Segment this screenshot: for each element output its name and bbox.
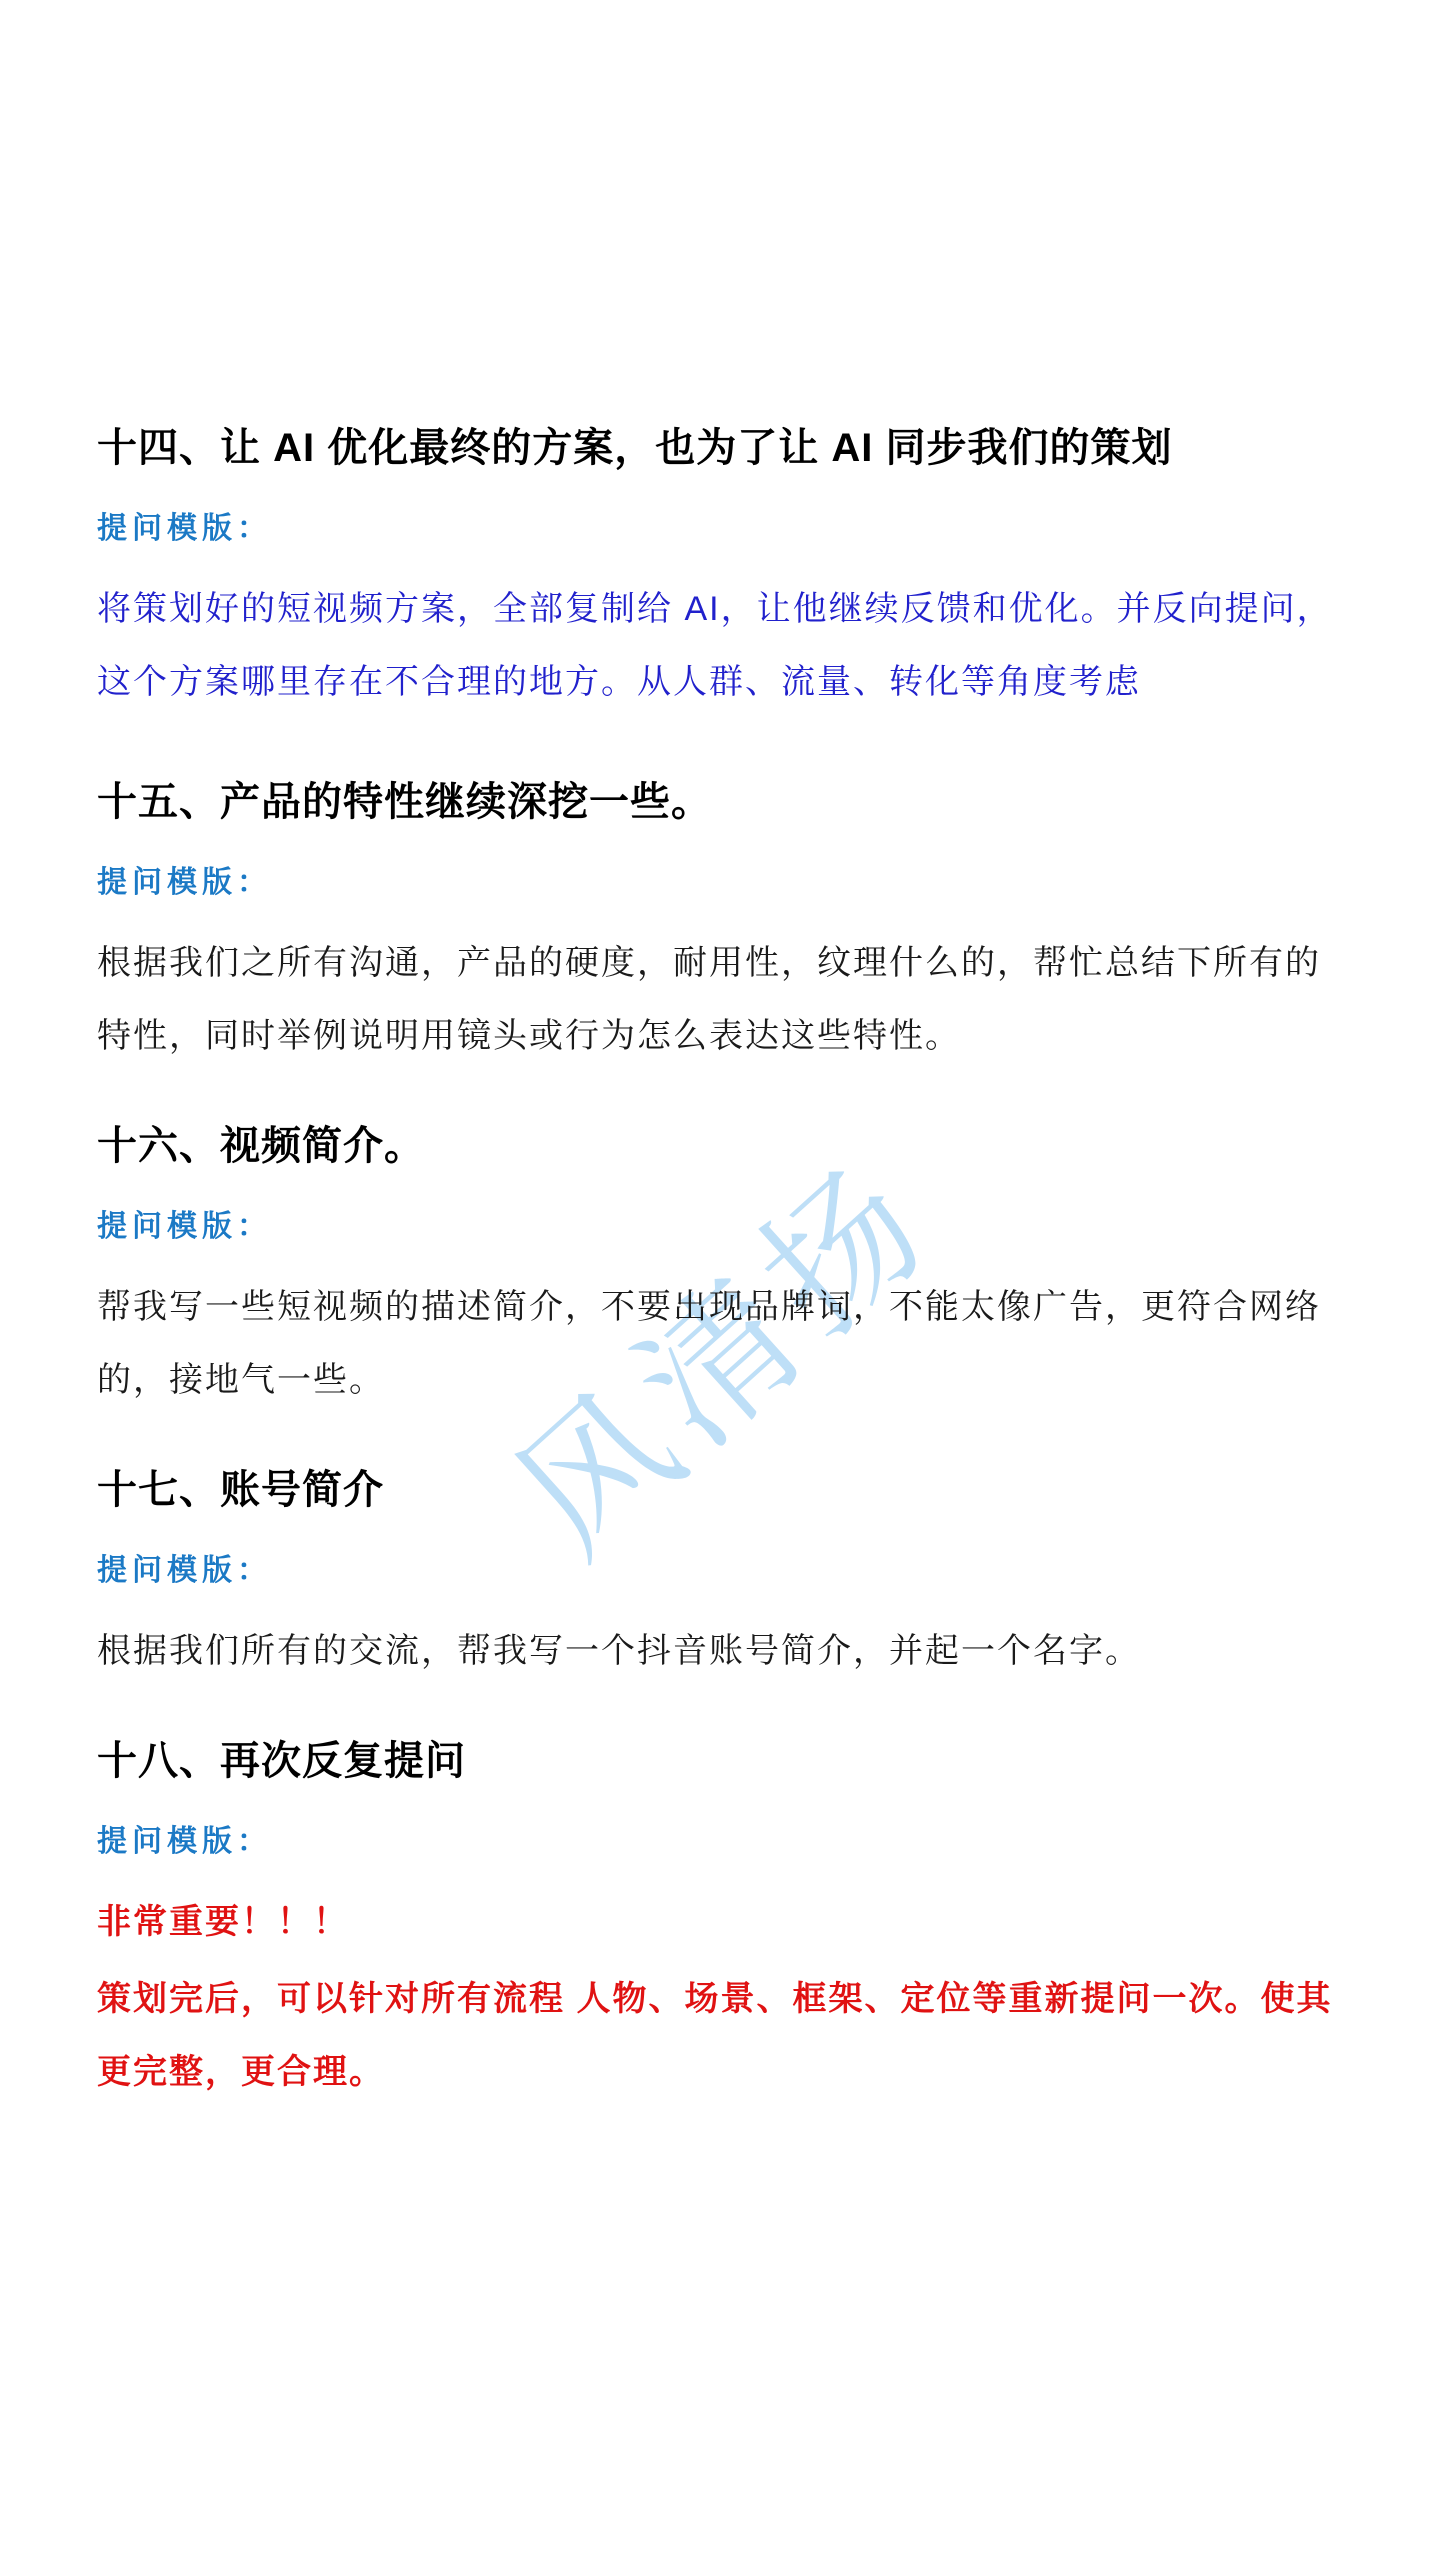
prompt-template-label-18: 提问模版： xyxy=(97,1822,1345,1862)
section-body-18: 策划完后，可以针对所有流程 人物、场景、框架、定位等重新提问一次。使其 更完整，… xyxy=(97,1963,1345,2109)
section-16: 十六、视频简介。 提问模版： 帮我写一些短视频的描述简介，不要出现品牌词，不能太… xyxy=(97,1121,1345,1417)
section-heading-14: 十四、让 AI 优化最终的方案，也为了让 AI 同步我们的策划 xyxy=(97,423,1345,473)
prompt-template-label-15: 提问模版： xyxy=(97,863,1345,903)
prompt-template-label-16: 提问模版： xyxy=(97,1207,1345,1247)
section-15: 十五、产品的特性继续深挖一些。 提问模版： 根据我们之所有沟通，产品的硬度，耐用… xyxy=(97,777,1345,1073)
prompt-template-label-17: 提问模版： xyxy=(97,1551,1345,1591)
section-heading-15: 十五、产品的特性继续深挖一些。 xyxy=(97,777,1345,827)
section-heading-16: 十六、视频简介。 xyxy=(97,1121,1345,1171)
section-body-14: 将策划好的短视频方案，全部复制给 AI，让他继续反馈和优化。并反向提问， 这个方… xyxy=(97,573,1345,719)
section-body-17: 根据我们所有的交流，帮我写一个抖音账号简介，并起一个名字。 xyxy=(97,1615,1345,1688)
section-14: 十四、让 AI 优化最终的方案，也为了让 AI 同步我们的策划 提问模版： 将策… xyxy=(97,423,1345,719)
section-18-alert: 非常重要！！！ xyxy=(97,1886,1345,1959)
document-page: 风清扬 十四、让 AI 优化最终的方案，也为了让 AI 同步我们的策划 提问模版… xyxy=(0,0,1440,2560)
prompt-template-label-14: 提问模版： xyxy=(97,509,1345,549)
section-body-15: 根据我们之所有沟通，产品的硬度，耐用性，纹理什么的，帮忙总结下所有的 特性，同时… xyxy=(97,927,1345,1073)
section-18: 十八、再次反复提问 提问模版： 非常重要！！！ 策划完后，可以针对所有流程 人物… xyxy=(97,1736,1345,2109)
section-17: 十七、账号简介 提问模版： 根据我们所有的交流，帮我写一个抖音账号简介，并起一个… xyxy=(97,1465,1345,1688)
section-heading-18: 十八、再次反复提问 xyxy=(97,1736,1345,1786)
section-heading-17: 十七、账号简介 xyxy=(97,1465,1345,1515)
document-content: 十四、让 AI 优化最终的方案，也为了让 AI 同步我们的策划 提问模版： 将策… xyxy=(0,0,1440,2109)
section-body-16: 帮我写一些短视频的描述简介，不要出现品牌词，不能太像广告，更符合网络 的，接地气… xyxy=(97,1271,1345,1417)
